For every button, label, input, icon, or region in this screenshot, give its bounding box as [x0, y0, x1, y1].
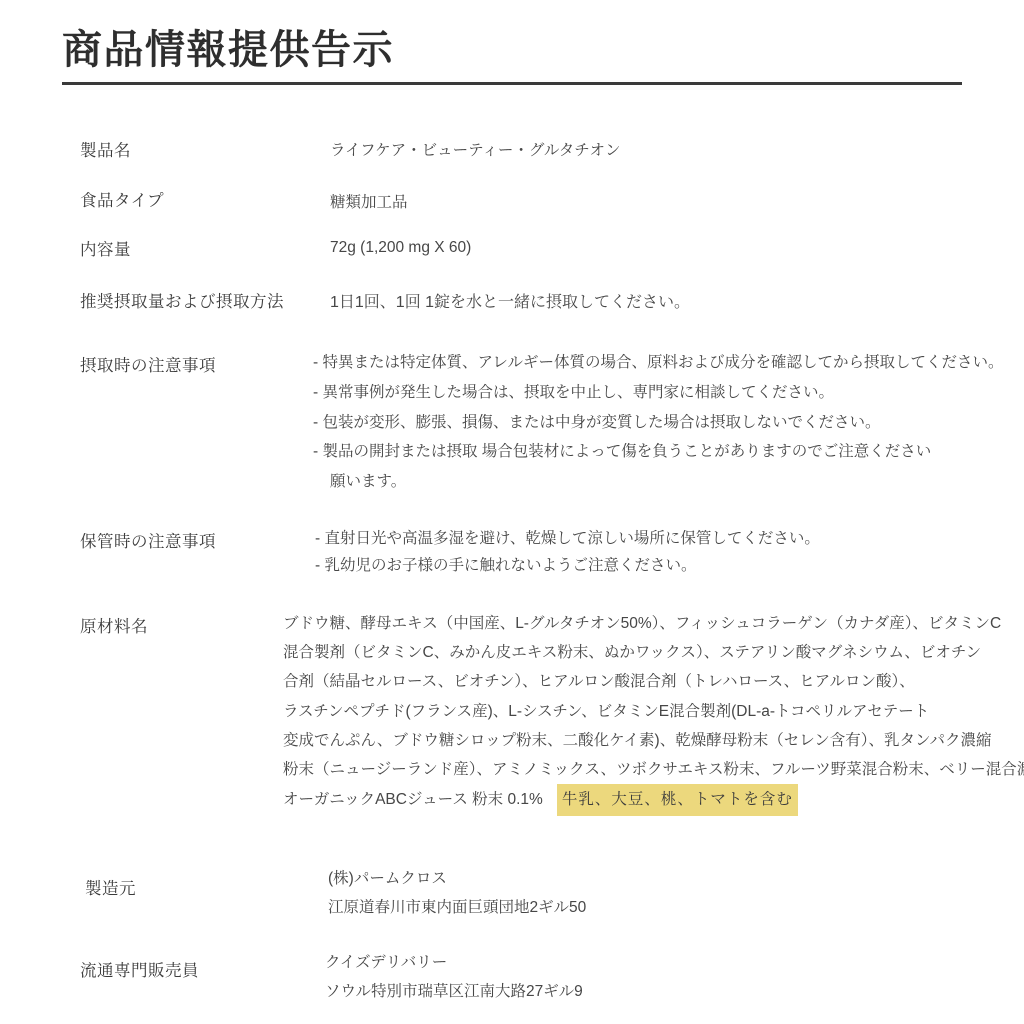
precaution-line: - 特異または特定体質、アレルギー体質の場合、原料および成分を確認してから摂取し…	[313, 348, 1003, 378]
ingredients-line: 変成でんぷん、ブドウ糖シロップ粉末、二酸化ケイ素)、乾燥酵母粉末（セレン含有）、…	[283, 726, 1024, 755]
ingredients-line: 粉末（ニュージーランド産）、アミノミックス、ツボクサエキス粉末、フルーツ野菜混合…	[283, 755, 1024, 784]
distributor-label: 流通専門販売員	[80, 957, 199, 981]
product-name-value: ライフケア・ビューティー・グルタチオン	[330, 138, 620, 160]
storage-line: - 直射日光や高温多湿を避け、乾燥して涼しい場所に保管してください。	[315, 525, 820, 552]
intake-method-value: 1日1回、1回 1錠を水と一緒に摂取してください。	[330, 289, 690, 312]
ingredients-line: 合剤（結晶セルロース、ビオチン）、ヒアルロン酸混合剤（トレハロース、ヒアルロン酸…	[283, 667, 1024, 696]
storage-line: - 乳幼児のお子様の手に触れないようご注意ください。	[315, 552, 820, 579]
intake-precautions-label: 摂取時の注意事項	[80, 352, 216, 376]
ingredients-line: ラスチンペプチド(フランス産)、L-シスチン、ビタミンE混合製剤(DL-a-トコ…	[283, 697, 1024, 726]
food-type-value: 糖類加工品	[330, 190, 408, 212]
food-type-label: 食品タイプ	[80, 187, 164, 211]
title-divider	[62, 82, 962, 85]
manufacturer-address: 江原道春川市東内面巨頭団地2ギル50	[328, 893, 586, 922]
manufacturer-label: 製造元	[85, 875, 136, 899]
manufacturer-name: (株)パームクロス	[328, 864, 586, 893]
net-content-value: 72g (1,200 mg X 60)	[330, 239, 471, 257]
ingredients-line: ブドウ糖、酵母エキス（中国産、L-グルタチオン50%）、フィッシュコラーゲン（カ…	[283, 609, 1024, 638]
ingredients-last-line: オーガニックABCジュース 粉末 0.1% 牛乳、大豆、桃、トマトを含む	[283, 784, 1024, 816]
distributor-info: クイズデリバリー ソウル特別市瑞草区江南大路27ギル9	[325, 948, 583, 1006]
ingredients-label: 原材料名	[80, 613, 148, 637]
net-content-label: 内容量	[80, 236, 131, 260]
intake-method-label: 推奨摂取量および摂取方法	[80, 288, 284, 312]
product-name-label: 製品名	[80, 137, 131, 161]
storage-precautions-label: 保管時の注意事項	[80, 528, 216, 552]
precaution-line: - 異常事例が発生した場合は、摂取を中止し、専門家に相談してください。	[313, 378, 1003, 408]
ingredients-line: 混合製剤（ビタミンC、みかん皮エキス粉末、ぬかワックス）、ステアリン酸マグネシウ…	[283, 638, 1024, 667]
ingredients-list: ブドウ糖、酵母エキス（中国産、L-グルタチオン50%）、フィッシュコラーゲン（カ…	[283, 609, 1024, 816]
precaution-line: 願います。	[313, 467, 1003, 497]
intake-precautions-list: - 特異または特定体質、アレルギー体質の場合、原料および成分を確認してから摂取し…	[313, 348, 1003, 497]
precaution-line: - 包装が変形、膨張、損傷、または中身が変質した場合は摂取しないでください。	[313, 408, 1003, 438]
manufacturer-info: (株)パームクロス 江原道春川市東内面巨頭団地2ギル50	[328, 864, 586, 922]
distributor-name: クイズデリバリー	[325, 948, 583, 977]
allergen-highlight: 牛乳、大豆、桃、トマトを含む	[557, 784, 798, 816]
page-title: 商品情報提供告示	[62, 18, 394, 75]
distributor-address: ソウル特別市瑞草区江南大路27ギル9	[325, 977, 583, 1006]
storage-precautions-list: - 直射日光や高温多湿を避け、乾燥して涼しい場所に保管してください。 - 乳幼児…	[315, 525, 820, 579]
product-info-document: 商品情報提供告示 製品名 ライフケア・ビューティー・グルタチオン 食品タイプ 糖…	[0, 0, 1024, 1024]
ingredients-line-prefix: オーガニックABCジュース 粉末 0.1%	[283, 785, 543, 814]
precaution-line: - 製品の開封または摂取 場合包装材によって傷を負うことがありますのでご注意くだ…	[313, 437, 1003, 467]
